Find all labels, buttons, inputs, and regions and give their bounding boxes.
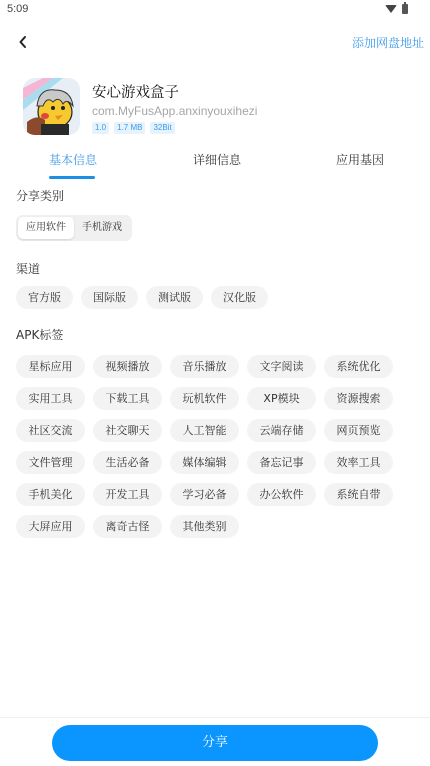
app-icon xyxy=(23,78,80,135)
top-bar: 添加网盘地址 xyxy=(0,30,430,56)
tab-bar: 基本信息 详细信息 应用基因 xyxy=(0,146,430,180)
app-package: com.MyFusApp.anxinyouxihezi xyxy=(92,103,257,119)
app-info: 安心游戏盒子 com.MyFusApp.anxinyouxihezi 1.0 1… xyxy=(92,78,257,138)
tag-chip[interactable]: 开发工具 xyxy=(93,483,162,506)
tag-chip[interactable]: 离奇古怪 xyxy=(93,515,162,538)
chevron-left-icon xyxy=(14,32,34,52)
channel-chip[interactable]: 汉化版 xyxy=(211,286,268,309)
tag-chip[interactable]: 文字阅读 xyxy=(247,355,316,378)
apk-tags-title: APK标签 xyxy=(16,326,63,343)
back-button[interactable] xyxy=(14,32,34,52)
tag-chip[interactable]: 社交聊天 xyxy=(93,419,162,442)
tag-chip[interactable]: 实用工具 xyxy=(16,387,85,410)
status-icons xyxy=(385,4,408,14)
tag-chip[interactable]: 云端存储 xyxy=(247,419,316,442)
tag-chip[interactable]: 玩机软件 xyxy=(170,387,239,410)
tag-chip[interactable]: 系统自带 xyxy=(324,483,393,506)
tag-chip[interactable]: 人工智能 xyxy=(170,419,239,442)
tag-chip[interactable]: 手机美化 xyxy=(16,483,85,506)
app-badges: 1.0 1.7 MB 32Bit xyxy=(92,122,257,134)
category-game-option[interactable]: 手机游戏 xyxy=(74,217,130,239)
channel-chip[interactable]: 测试版 xyxy=(146,286,203,309)
tab-indicator xyxy=(49,176,95,179)
share-category-selector: 应用软件 手机游戏 xyxy=(16,215,132,241)
share-button[interactable]: 分享 xyxy=(52,725,378,761)
app-header: 安心游戏盒子 com.MyFusApp.anxinyouxihezi 1.0 1… xyxy=(23,78,257,138)
channel-chip[interactable]: 国际版 xyxy=(81,286,138,309)
tag-chip[interactable]: 办公软件 xyxy=(247,483,316,506)
tag-chip[interactable]: 生活必备 xyxy=(93,451,162,474)
tag-chip[interactable]: 视频播放 xyxy=(93,355,162,378)
wifi-icon xyxy=(385,5,397,13)
category-app-option[interactable]: 应用软件 xyxy=(18,217,74,239)
channel-chip[interactable]: 官方版 xyxy=(16,286,73,309)
tab-basic-info[interactable]: 基本信息 xyxy=(49,151,97,168)
tag-chip[interactable]: 音乐播放 xyxy=(170,355,239,378)
version-badge: 1.0 xyxy=(92,122,109,134)
size-badge: 1.7 MB xyxy=(114,122,145,134)
tag-chip[interactable]: 网页预览 xyxy=(324,419,393,442)
tag-chip[interactable]: 备忘记事 xyxy=(247,451,316,474)
status-bar: 5:09 xyxy=(0,0,430,22)
tag-chip[interactable]: 大屏应用 xyxy=(16,515,85,538)
tag-chip[interactable]: 星标应用 xyxy=(16,355,85,378)
channel-title: 渠道 xyxy=(16,260,40,277)
tag-chip[interactable]: 媒体编辑 xyxy=(170,451,239,474)
tag-chip[interactable]: 学习必备 xyxy=(170,483,239,506)
channel-options: 官方版 国际版 测试版 汉化版 xyxy=(16,286,268,309)
tag-chip[interactable]: 系统优化 xyxy=(324,355,393,378)
battery-icon xyxy=(402,4,408,14)
tag-chip[interactable]: 文件管理 xyxy=(16,451,85,474)
tag-chip[interactable]: 下载工具 xyxy=(93,387,162,410)
share-category-title: 分享类别 xyxy=(16,187,64,204)
app-name: 安心游戏盒子 xyxy=(92,84,257,102)
status-time: 5:09 xyxy=(7,3,28,15)
tab-detail-info[interactable]: 详细信息 xyxy=(193,151,241,168)
app-icon-artwork xyxy=(23,78,80,135)
add-cloud-link-button[interactable]: 添加网盘地址 xyxy=(352,34,424,51)
apk-tag-grid: 星标应用 视频播放 音乐播放 文字阅读 系统优化 实用工具 下载工具 玩机软件 … xyxy=(16,355,416,538)
tag-chip[interactable]: 效率工具 xyxy=(324,451,393,474)
tag-chip[interactable]: 资源搜索 xyxy=(324,387,393,410)
arch-badge: 32Bit xyxy=(150,122,174,134)
tab-app-gene[interactable]: 应用基因 xyxy=(336,151,384,168)
bottom-bar: 分享 xyxy=(0,717,430,766)
tag-chip[interactable]: XP模块 xyxy=(247,387,316,410)
tag-chip[interactable]: 社区交流 xyxy=(16,419,85,442)
tag-chip[interactable]: 其他类别 xyxy=(170,515,239,538)
